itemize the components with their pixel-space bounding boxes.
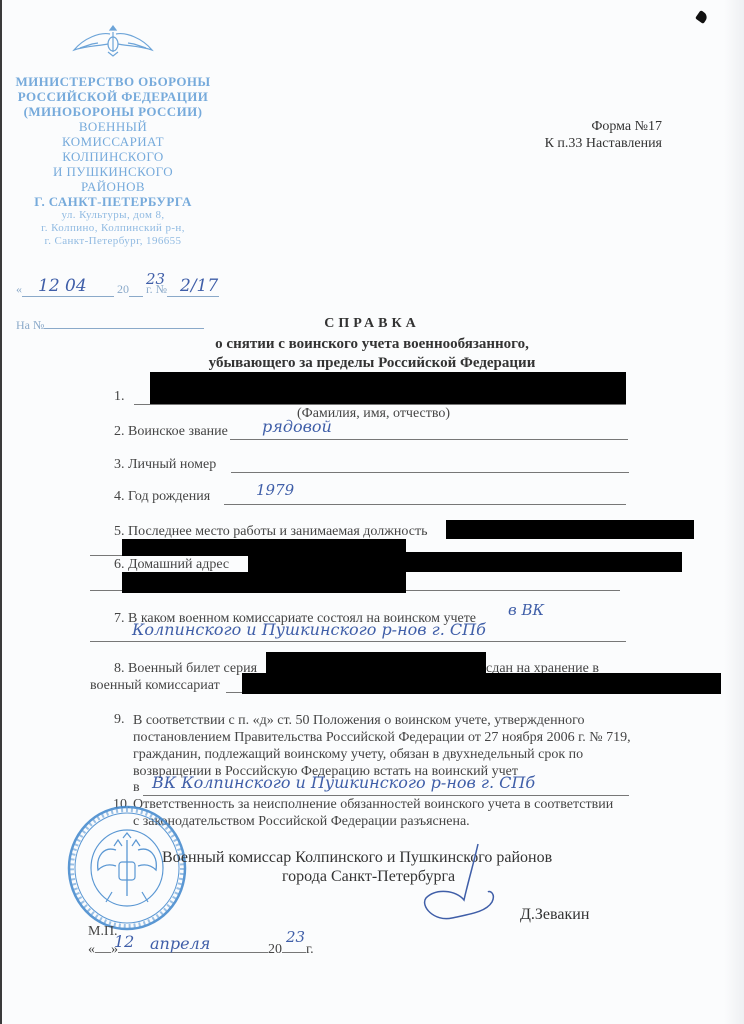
field-8-underline bbox=[226, 692, 242, 693]
handwritten-signing-day: 12 bbox=[114, 932, 134, 951]
field-2-value: рядовой bbox=[262, 417, 332, 436]
scan-shadow bbox=[724, 0, 744, 1024]
year-prefix: 20 bbox=[268, 942, 282, 957]
field-1-underline bbox=[134, 404, 626, 405]
handwritten-outgoing-date: 12 04 bbox=[38, 276, 87, 296]
redacted-workplace bbox=[446, 520, 694, 539]
field-9-underline bbox=[143, 795, 629, 796]
field-1-number: 1. bbox=[114, 389, 125, 405]
stamp-address-line: ул. Культуры, дом 8, bbox=[6, 209, 220, 222]
form-reference: Форма №17 К п.33 Наставления bbox=[545, 118, 662, 152]
stamp-line: (МИНОБОРОНЫ РОССИИ) bbox=[6, 104, 220, 119]
stamp-line: ВОЕННЫЙ bbox=[6, 119, 220, 134]
redacted-commissariat bbox=[242, 673, 721, 694]
official-round-seal-icon bbox=[66, 804, 188, 932]
field-9-text: В соответствии с п. «д» ст. 50 Положения… bbox=[133, 712, 653, 780]
field-7-underline bbox=[90, 641, 626, 642]
redacted-home-address bbox=[248, 552, 682, 572]
year-prefix: 20 bbox=[117, 282, 129, 296]
stamp-line: РОССИЙСКОЙ ФЕДЕРАЦИИ bbox=[6, 89, 220, 104]
field-8-label-2: военный комиссариат bbox=[90, 678, 220, 694]
field-9-number: 9. bbox=[114, 712, 125, 728]
field-9-prefix: в bbox=[133, 780, 140, 796]
signatory-name: Д.Зевакин bbox=[520, 906, 589, 924]
redacted-full-name bbox=[150, 372, 626, 404]
double-headed-eagle-icon bbox=[70, 22, 156, 58]
field-6-label: 6. Домашний адрес bbox=[114, 557, 229, 573]
form-number: Форма №17 bbox=[545, 118, 662, 135]
stamp-line: КОМИССАРИАТ bbox=[6, 134, 220, 149]
form-instruction-ref: К п.33 Наставления bbox=[545, 135, 662, 152]
redacted-home-address-cont bbox=[122, 572, 406, 593]
handwritten-outgoing-year: 23 bbox=[146, 270, 165, 288]
scan-page-edge bbox=[0, 0, 2, 1024]
field-7-value-line2: Колпинского и Пушкинского р-нов г. СПб bbox=[132, 620, 486, 639]
document-title: СПРАВКА bbox=[0, 316, 744, 332]
handwritten-signature bbox=[416, 842, 512, 924]
year-suffix: г. bbox=[306, 942, 314, 957]
stamp-address-line: г. Санкт-Петербург, 196655 bbox=[6, 235, 220, 248]
document-subtitle-2: убывающего за пределы Российской Федерац… bbox=[0, 355, 744, 372]
field-2-underline bbox=[230, 439, 628, 440]
stamp-line: Г. САНКТ-ПЕТЕРБУРГА bbox=[6, 194, 220, 209]
field-3-underline bbox=[231, 472, 629, 473]
date-open-quote: « bbox=[88, 942, 95, 957]
stamp-line: И ПУШКИНСКОГО bbox=[6, 164, 220, 179]
handwritten-signing-month: апреля bbox=[150, 934, 210, 953]
stamp-address-line: г. Колпино, Колпинский р-н, bbox=[6, 222, 220, 235]
field-3-label: 3. Личный номер bbox=[114, 457, 216, 473]
stamp-line: КОЛПИНСКОГО bbox=[6, 149, 220, 164]
scan-corner-mark bbox=[695, 10, 709, 24]
stamp-line: МИНИСТЕРСТВО ОБОРОНЫ bbox=[6, 74, 220, 89]
ministry-stamp: МИНИСТЕРСТВО ОБОРОНЫ РОССИЙСКОЙ ФЕДЕРАЦИ… bbox=[6, 22, 220, 248]
field-4-label: 4. Год рождения bbox=[114, 489, 210, 505]
field-4-value: 1979 bbox=[256, 481, 294, 499]
handwritten-signing-year: 23 bbox=[286, 928, 305, 946]
field-9-value: ВК Колпинского и Пушкинского р-нов г. СП… bbox=[152, 773, 535, 792]
field-8-label: 8. Военный билет серия bbox=[114, 661, 257, 677]
field-2-label: 2. Воинское звание bbox=[114, 424, 228, 440]
field-4-underline bbox=[224, 504, 626, 505]
document-subtitle-1: о снятии с воинского учета военнообязанн… bbox=[0, 336, 744, 353]
handwritten-outgoing-number: 2/17 bbox=[180, 276, 218, 296]
stamp-line: РАЙОНОВ bbox=[6, 179, 220, 194]
field-10-text-1: Ответственность за неисполнение обязанно… bbox=[133, 797, 613, 813]
field-7-value-line1: в ВК bbox=[508, 601, 544, 619]
field-5-label: 5. Последнее место работы и занимаемая д… bbox=[114, 524, 427, 540]
